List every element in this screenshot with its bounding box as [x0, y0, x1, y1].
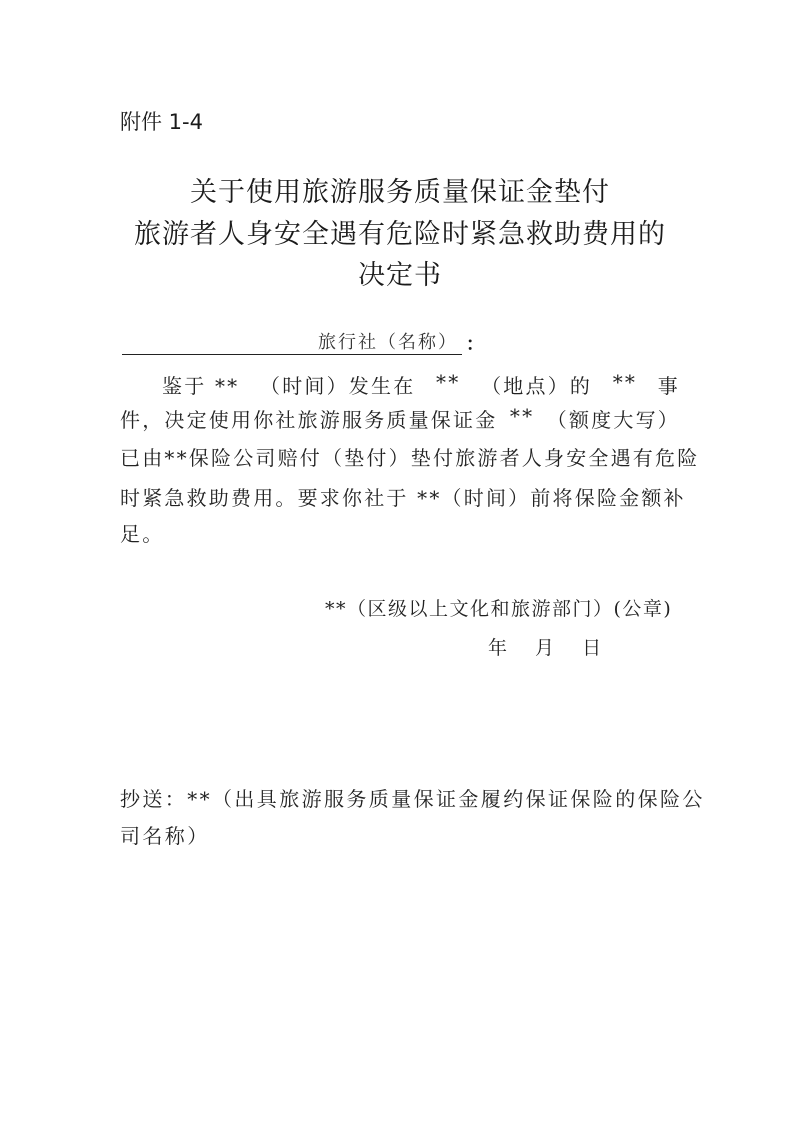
addressee-name: 旅行社（名称） [318, 328, 458, 354]
title-line-2: 旅游者人身安全遇有危险时紧急救助费用的 [0, 212, 800, 251]
body-segment: ** [613, 370, 637, 399]
date-line: 年 月 日 [488, 633, 601, 660]
title-line-3: 决定书 [0, 253, 800, 292]
body-line-1: 鉴于 ** （时间）发生在 ** （地点）的 ** 事 [120, 370, 680, 399]
addressee-blank: 旅行社（名称） [122, 330, 462, 355]
addressee-colon: ： [466, 330, 484, 356]
body-line-5: 足。 [120, 518, 680, 547]
attachment-label: 附件 1-4 [120, 106, 203, 136]
body-segment: （地点）的 [481, 370, 592, 399]
body-segment: （额度大写） [547, 404, 680, 433]
title-line-1: 关于使用旅游服务质量保证金垫付 [0, 170, 800, 209]
cc-line-1: 抄送：**（出具旅游服务质量保证金履约保证保险的保险公 [120, 783, 705, 812]
issuer-signature: **（区级以上文化和旅游部门）(公章) [325, 594, 672, 621]
body-segment: ** [436, 370, 460, 399]
body-segment: 事 [658, 370, 680, 399]
body-line-4: 时紧急救助费用。要求你社于 **（时间）前将保险金额补 [120, 482, 680, 511]
body-segment: 鉴于 ** [162, 370, 239, 399]
body-segment: ** [510, 404, 534, 433]
body-segment: 件，决定使用你社旅游服务质量保证金 [120, 404, 497, 433]
body-line-2: 件，决定使用你社旅游服务质量保证金 ** （额度大写） [120, 404, 680, 433]
body-line-3: 已由**保险公司赔付（垫付）垫付旅游者人身安全遇有危险 [120, 442, 680, 471]
cc-line-2: 司名称） [120, 820, 210, 849]
body-segment: （时间）发生在 [260, 370, 415, 399]
